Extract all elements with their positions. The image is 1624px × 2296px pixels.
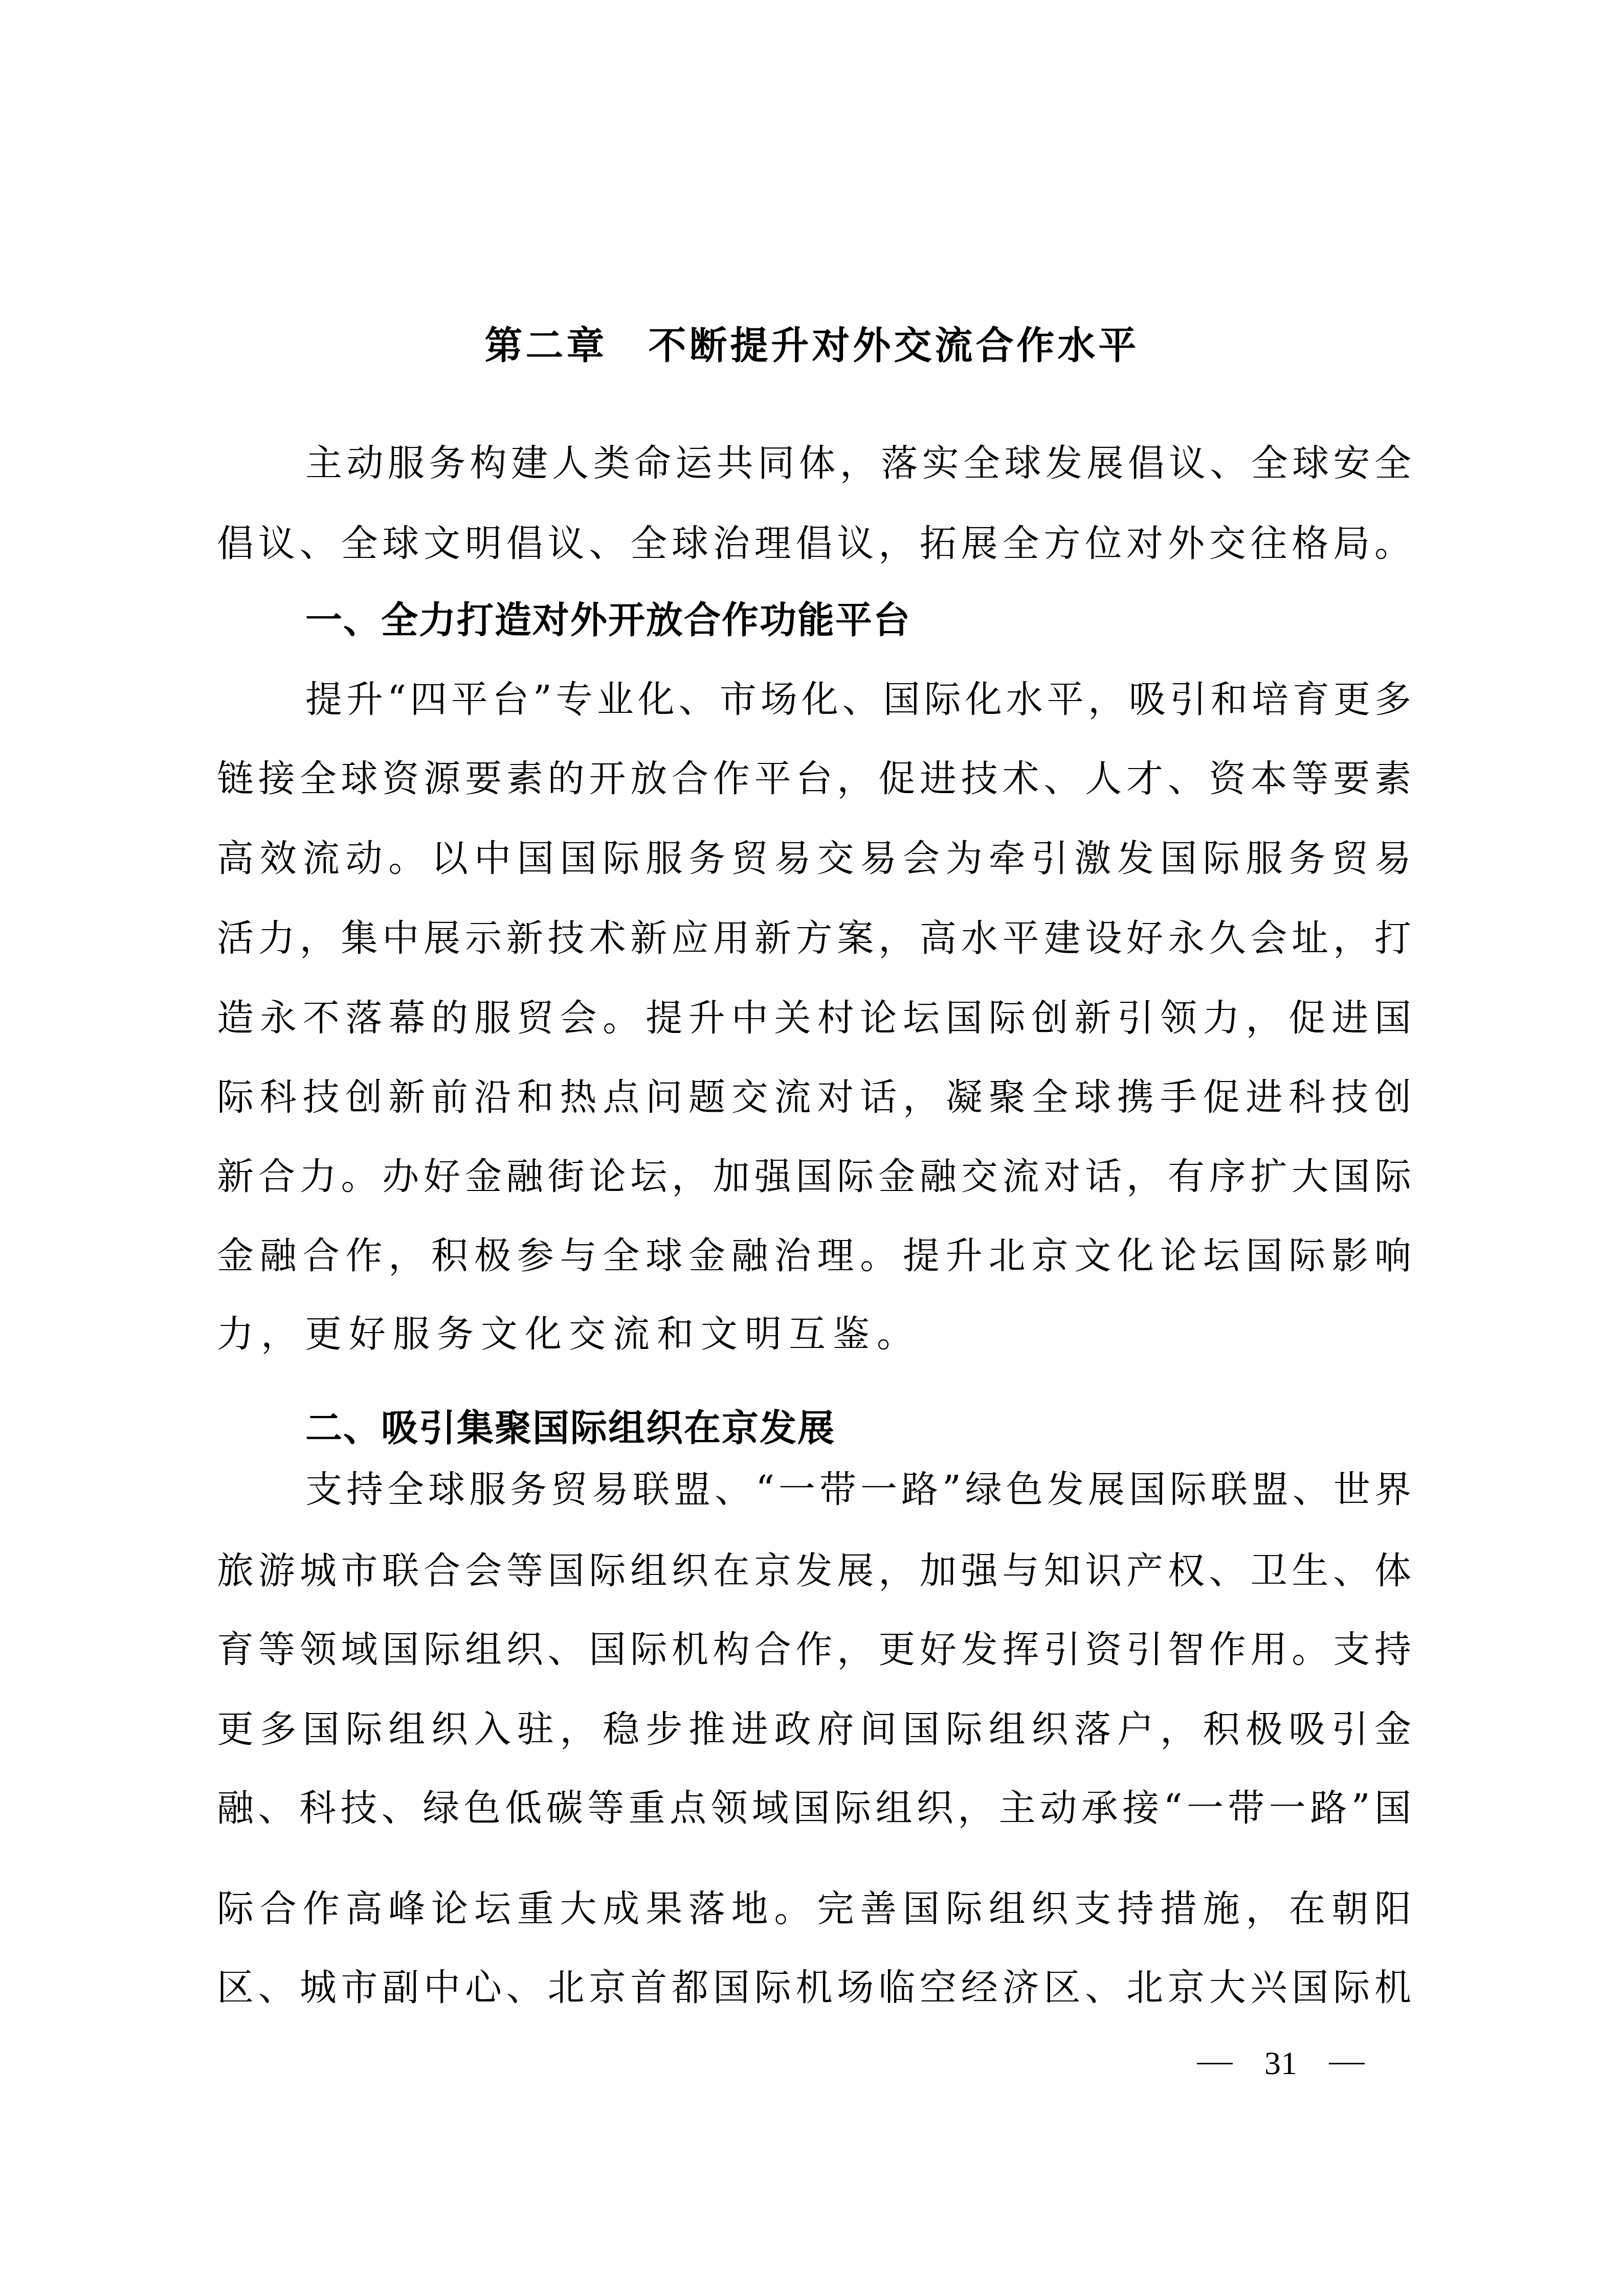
section-1-line-3: 高效流动。以中国国际服务贸易交易会为牵引激发国际服务贸易 xyxy=(217,832,1411,884)
page-number-value: 31 xyxy=(1264,2040,1297,2086)
intro-line-2: 倡议、全球文明倡议、全球治理倡议，拓展全方位对外交往格局。 xyxy=(217,517,1411,569)
page-number-right-dash xyxy=(1329,2063,1365,2064)
section-2-line-1: 支持全球服务贸易联盟、“一带一路”绿色发展国际联盟、世界 xyxy=(305,1464,1411,1515)
section-2-line-5: 融、科技、绿色低碳等重点领域国际组织，主动承接“一带一路”国 xyxy=(217,1782,1411,1833)
section-heading-2: 二、吸引集聚国际组织在京发展 xyxy=(217,1402,835,1453)
intro-line-1: 主动服务构建人类命运共同体，落实全球发展倡议、全球安全 xyxy=(305,437,1411,488)
chapter-title: 第二章 不断提升对外交流合作水平 xyxy=(0,321,1624,370)
section-1-line-8: 金融合作，积极参与全球金融治理。提升北京文化论坛国际影响 xyxy=(217,1230,1411,1281)
section-2-line-6: 际合作高峰论坛重大成果落地。完善国际组织支持措施，在朝阳 xyxy=(217,1883,1411,1934)
section-2-line-7: 区、城市副中心、北京首都国际机场临空经济区、北京大兴国际机 xyxy=(217,1962,1411,2013)
section-heading-1: 一、全力打造对外开放合作功能平台 xyxy=(217,594,911,645)
page-number: 31 xyxy=(1197,2040,1365,2086)
section-1-line-5: 造永不落幕的服贸会。提升中关村论坛国际创新引领力，促进国 xyxy=(217,992,1411,1043)
section-1-line-7: 新合力。办好金融街论坛，加强国际金融交流对话，有序扩大国际 xyxy=(217,1151,1411,1202)
section-1-line-2: 链接全球资源要素的开放合作平台，促进技术、人才、资本等要素 xyxy=(217,753,1411,804)
document-page: 第二章 不断提升对外交流合作水平 主动服务构建人类命运共同体，落实全球发展倡议、… xyxy=(0,0,1624,2296)
section-1-line-4: 活力，集中展示新技术新应用新方案，高水平建设好永久会址，打 xyxy=(217,912,1411,963)
section-2-line-3: 育等领域国际组织、国际机构合作，更好发挥引资引智作用。支持 xyxy=(217,1624,1411,1675)
section-2-line-2: 旅游城市联合会等国际组织在京发展，加强与知识产权、卫生、体 xyxy=(217,1545,1411,1596)
page-number-left-dash xyxy=(1197,2063,1233,2064)
section-1-line-6: 际科技创新前沿和热点问题交流对话，凝聚全球携手促进科技创 xyxy=(217,1071,1411,1122)
section-1-line-9: 力，更好服务文化交流和文明互鉴。 xyxy=(217,1308,1411,1359)
section-1-line-1: 提升“四平台”专业化、市场化、国际化水平，吸引和培育更多 xyxy=(305,673,1411,725)
section-2-line-4: 更多国际组织入驻，稳步推进政府间国际组织落户，积极吸引金 xyxy=(217,1703,1411,1754)
